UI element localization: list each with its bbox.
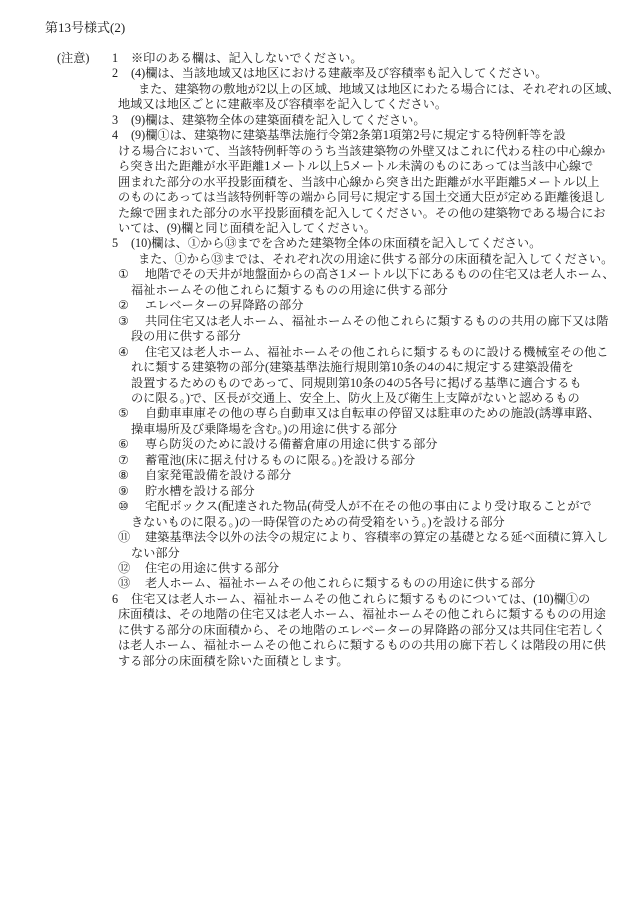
note-text: 建築基準法令以外の法令の規定により、容積率の算定の基礎となる延べ面積に算入し [145,530,608,544]
note-line: ②エレベーターの昇降路の部分 [0,298,630,313]
note-line: た線で囲まれた部分の水平投影面積を記入してください。その他の建築物である場合にお [0,206,630,221]
note-number: ⑩ [118,499,145,514]
note-line: する部分の床面積を除いた面積とします。 [0,654,630,669]
note-line: ⑩宅配ボックス(配達された物品(荷受人が不在その他の事由により受け取ることがで [0,499,630,514]
note-text: 囲まれた部分の水平投影面積を、当該中心線から突き出た距離が水平距離5メートル以上 [118,175,599,189]
note-text: 地域又は地区ごとに建蔽率及び容積率を記入してください。 [118,97,447,111]
note-line: 1※印のある欄は、記入しないでください。 [0,51,630,66]
note-line: ③共同住宅又は老人ホーム、福祉ホームその他これらに類するものの共用の廊下又は階 [0,314,630,329]
note-text: ら突き出た距離が水平距離1メートル以上5メートル未満のものにあっては当該中心線で [118,159,593,173]
note-text: 貯水槽を設ける部分 [145,484,255,498]
note-line: 段の用に供する部分 [0,329,630,344]
note-line: のものにあっては当該特例軒等の端から同号に規定する国土交通大臣が定める距離後退し [0,190,630,205]
note-text: に供する部分の床面積から、その地階のエレベーターの昇降路の部分又は共同住宅若しく [118,623,606,637]
note-line: また、①から⑬までは、それぞれ次の用途に供する部分の床面積を記入してください。 [0,252,630,267]
note-text: 地階でその天井が地盤面からの高さ1メートル以下にあるものの住宅又は老人ホーム、 [145,267,615,281]
note-number: ⑪ [118,530,145,545]
note-text: た線で囲まれた部分の水平投影面積を記入してください。その他の建築物である場合にお [118,206,606,220]
note-number: ② [118,298,145,313]
note-text: また、建築物の敷地が2以上の区域、地域又は地区にわたる場合には、それぞれの区域、 [138,82,619,96]
note-text: エレベーターの昇降路の部分 [145,298,303,312]
note-text: 設置するためのものであって、同規則第10条の4の5各号に掲げる基準に適合するも [131,376,582,390]
note-line: ⑧自家発電設備を設ける部分 [0,468,630,483]
note-line: ④住宅又は老人ホーム、福祉ホームその他これらに類するものに設ける機械室その他こ [0,345,630,360]
note-text: 自家発電設備を設ける部分 [145,468,291,482]
note-line: ⑦蓄電池(床に据え付けるものに限る。)を設ける部分 [0,453,630,468]
note-text: 床面積は、その地階の住宅又は老人ホーム、福祉ホームその他これらに類するものの用途 [118,607,606,621]
note-number: ⑥ [118,437,145,452]
note-text: ける場合において、当該特例軒等のうち当該建築物の外壁又はこれに代わる柱の中心線か [118,144,605,158]
note-line: いては、(9)欄と同じ面積を記入してください。 [0,221,630,236]
note-text: 宅配ボックス(配達された物品(荷受人が不在その他の事由により受け取ることがで [145,499,592,513]
note-text: 福祉ホームその他これらに類するものの用途に供する部分 [131,283,448,297]
note-text: また、①から⑬までは、それぞれ次の用途に供する部分の床面積を記入してください。 [138,252,613,266]
note-line: ⑤自動車車庫その他の専ら自動車又は自転車の停留又は駐車のための施設(誘導車路、 [0,406,630,421]
note-line: きないものに限る。)の一時保管のための荷受箱をいう。)を設ける部分 [0,515,630,530]
note-line: 4(9)欄①は、建築物に建築基準法施行令第2条第1項第2号に規定する特例軒等を設 [0,128,630,143]
note-line: ら突き出た距離が水平距離1メートル以上5メートル未満のものにあっては当該中心線で [0,159,630,174]
note-text: 老人ホーム、福祉ホームその他これらに類するものの用途に供する部分 [145,576,535,590]
note-text: (9)欄①は、建築物に建築基準法施行令第2条第1項第2号に規定する特例軒等を設 [131,128,566,142]
note-text: 操車場所及び乗降場を含む。)の用途に供する部分 [131,422,397,436]
note-number: ⑫ [118,561,145,576]
note-text: 住宅又は老人ホーム、福祉ホームその他これらに類するものに設ける機械室その他こ [145,345,609,359]
note-text: 段の用に供する部分 [131,329,241,343]
note-text: (10)欄は、①から⑬までを含めた建築物全体の床面積を記入してください。 [131,236,541,250]
note-line: ない部分 [0,546,630,561]
note-line: ⑥専ら防災のために設ける備蓄倉庫の用途に供する部分 [0,437,630,452]
note-line: ける場合において、当該特例軒等のうち当該建築物の外壁又はこれに代わる柱の中心線か [0,144,630,159]
note-text: 蓄電池(床に据え付けるものに限る。)を設ける部分 [145,453,415,467]
note-text: 住宅の用途に供する部分 [145,561,279,575]
notice-lines: 1※印のある欄は、記入しないでください。2(4)欄は、当該地域又は地区における建… [0,51,630,669]
note-text: きないものに限る。)の一時保管のための荷受箱をいう。)を設ける部分 [131,515,505,529]
note-number: ① [118,267,145,282]
note-line: 設置するためのものであって、同規則第10条の4の5各号に掲げる基準に適合するも [0,376,630,391]
note-line: ⑪建築基準法令以外の法令の規定により、容積率の算定の基礎となる延べ面積に算入し [0,530,630,545]
note-number: ⑬ [118,576,145,591]
note-number: ⑧ [118,468,145,483]
note-line: 2(4)欄は、当該地域又は地区における建蔽率及び容積率も記入してください。 [0,66,630,81]
note-number: 2 [112,66,131,81]
page-title: 第13号様式(2) [45,20,125,35]
note-number: ⑦ [118,453,145,468]
note-line: 福祉ホームその他これらに類するものの用途に供する部分 [0,283,630,298]
document-page: 第13号様式(2) (注意) 1※印のある欄は、記入しないでください。2(4)欄… [0,0,630,903]
note-text: する部分の床面積を除いた面積とします。 [118,654,349,668]
note-text: (4)欄は、当該地域又は地区における建蔽率及び容積率も記入してください。 [131,66,547,80]
note-line: 床面積は、その地階の住宅又は老人ホーム、福祉ホームその他これらに類するものの用途 [0,607,630,622]
note-line: ①地階でその天井が地盤面からの高さ1メートル以下にあるものの住宅又は老人ホーム、 [0,267,630,282]
note-line: 囲まれた部分の水平投影面積を、当該中心線から突き出た距離が水平距離5メートル以上 [0,175,630,190]
note-text: 共同住宅又は老人ホーム、福祉ホームその他これらに類するものの共用の廊下又は階 [145,314,609,328]
note-line: は老人ホーム、福祉ホームその他これらに類するものの共用の廊下若しくは階段の用に供 [0,638,630,653]
note-number: 3 [112,113,131,128]
note-line: ⑬老人ホーム、福祉ホームその他これらに類するものの用途に供する部分 [0,576,630,591]
note-text: のものにあっては当該特例軒等の端から同号に規定する国土交通大臣が定める距離後退し [118,190,605,204]
note-line: 6住宅又は老人ホーム、福祉ホームその他これらに類するものについては、(10)欄①… [0,592,630,607]
note-text: 自動車車庫その他の専ら自動車又は自転車の停留又は駐車のための施設(誘導車路、 [145,406,600,420]
note-line: 3(9)欄は、建築物全体の建築面積を記入してください。 [0,113,630,128]
note-line: のに限る。)で、区長が交通上、安全上、防火上及び衛生上支障がないと認めるもの [0,391,630,406]
note-text: 専ら防災のために設ける備蓄倉庫の用途に供する部分 [145,437,438,451]
note-line: 5(10)欄は、①から⑬までを含めた建築物全体の床面積を記入してください。 [0,236,630,251]
note-number: ③ [118,314,145,329]
note-line: また、建築物の敷地が2以上の区域、地域又は地区にわたる場合には、それぞれの区域、 [0,82,630,97]
note-text: れに類する建築物の部分(建築基準法施行規則第10条の4の4に規定する建築設備を [131,360,574,374]
note-text: (9)欄は、建築物全体の建築面積を記入してください。 [131,113,426,127]
note-line: れに類する建築物の部分(建築基準法施行規則第10条の4の4に規定する建築設備を [0,360,630,375]
note-text: は老人ホーム、福祉ホームその他これらに類するものの共用の廊下若しくは階段の用に供 [118,638,606,652]
note-line: 地域又は地区ごとに建蔽率及び容積率を記入してください。 [0,97,630,112]
note-line: ⑨貯水槽を設ける部分 [0,484,630,499]
note-number: ⑨ [118,484,145,499]
note-number: 5 [112,236,131,251]
note-text: ない部分 [131,546,180,560]
note-number: ④ [118,345,145,360]
note-line: ⑫住宅の用途に供する部分 [0,561,630,576]
note-line: 操車場所及び乗降場を含む。)の用途に供する部分 [0,422,630,437]
note-text: ※印のある欄は、記入しないでください。 [131,51,363,65]
note-text: いては、(9)欄と同じ面積を記入してください。 [118,221,376,235]
note-number: ⑤ [118,406,145,421]
note-text: 住宅又は老人ホーム、福祉ホームその他これらに類するものについては、(10)欄①の [131,592,590,606]
note-number: 4 [112,128,131,143]
note-number: 1 [112,51,131,66]
note-text: のに限る。)で、区長が交通上、安全上、防火上及び衛生上支障がないと認めるもの [131,391,580,405]
note-number: 6 [112,592,131,607]
note-line: に供する部分の床面積から、その地階のエレベーターの昇降路の部分又は共同住宅若しく [0,623,630,638]
